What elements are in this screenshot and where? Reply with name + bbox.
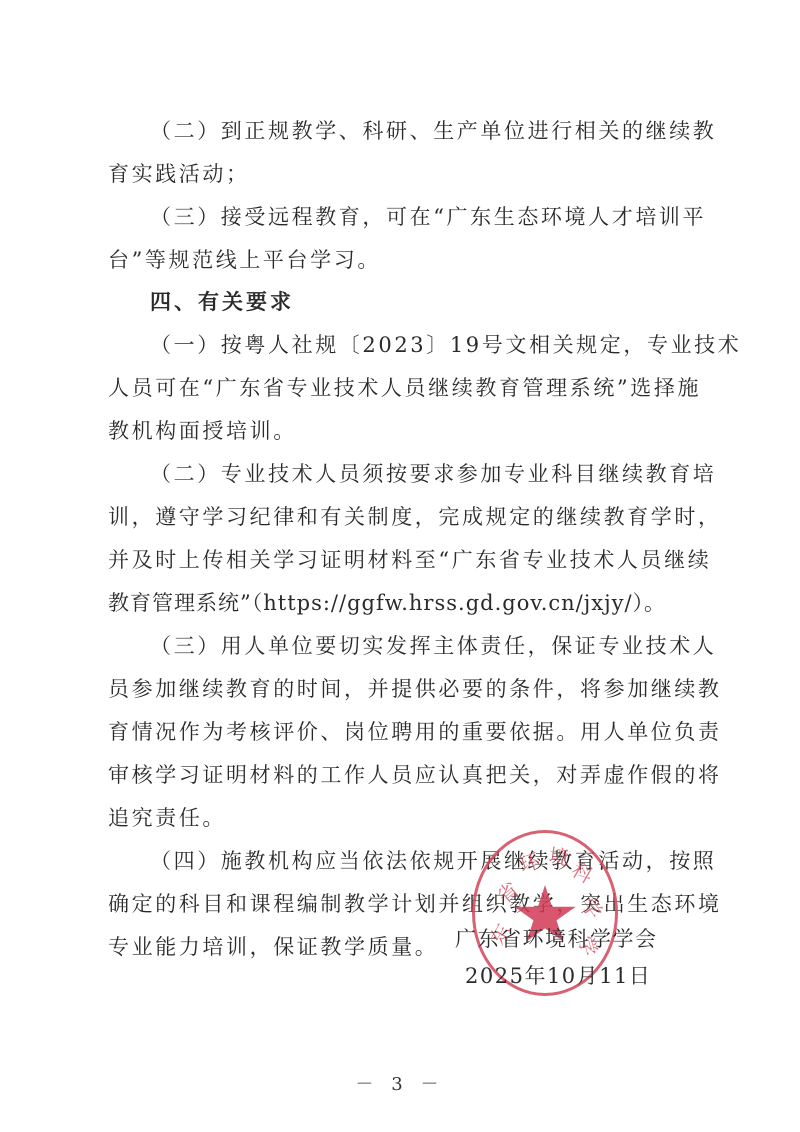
paragraph-line: 台”等规范线上平台学习。 [108,246,696,274]
paragraph-line: 教机构面授培训。 [108,417,696,445]
seal-char: 学 [575,891,610,924]
paragraph-line: 并及时上传相关学习证明材料至“广东省专业技术人员继续 [108,546,696,574]
signature-date: 2025年10月11日 [465,962,651,990]
signature-organization: 广东省环境科学学会 [455,925,658,953]
paragraph-line: （二）到正规教学、科研、生产单位进行相关的继续教 [150,117,696,145]
paragraph-line: （三）接受远程教育，可在“广东生态环境人才培训平 [150,203,696,231]
paragraph-line-url: 教育管理系统”（https://ggfw.hrss.gd.gov.cn/jxjy… [108,589,696,617]
paragraph-line: （三）用人单位要切实发挥主体责任，保证专业技术人 [150,632,696,660]
seal-char: 科 [567,854,599,889]
paragraph-line: 审核学习证明材料的工作人员应认真把关，对弄虚作假的将 [108,761,696,789]
paragraph-line: （二）专业技术人员须按要求参加专业科目继续教育培 [150,460,696,488]
seal-char: 省 [490,874,524,909]
paragraph-line: 育情况作为考核评价、岗位聘用的重要依据。用人单位负责 [108,718,696,746]
document-page: （二）到正规教学、科研、生产单位进行相关的继续教 育实践活动； （三）接受远程教… [0,0,800,1132]
paragraph-line: 训，遵守学习纪律和有关制度，完成规定的继续教育学时， [108,503,696,531]
paragraph-line: （一）按粤人社规〔2023〕19号文相关规定，专业技术 [150,331,696,359]
seal-char: 境 [547,840,571,872]
paragraph-line: 人员可在“广东省专业技术人员继续教育管理系统”选择施 [108,374,696,402]
seal-char: 环 [515,845,543,879]
paragraph-line: 追究责任。 [108,804,696,832]
paragraph-line: （四）施教机构应当依法依规开展继续教育活动，按照 [150,847,696,875]
paragraph-line: 育实践活动； [108,160,696,188]
paragraph-line: 员参加继续教育的时间，并提供必要的条件，将参加继续教 [108,675,696,703]
page-number: － 3 － [0,1070,800,1096]
section-heading: 四、有关要求 [150,288,738,316]
